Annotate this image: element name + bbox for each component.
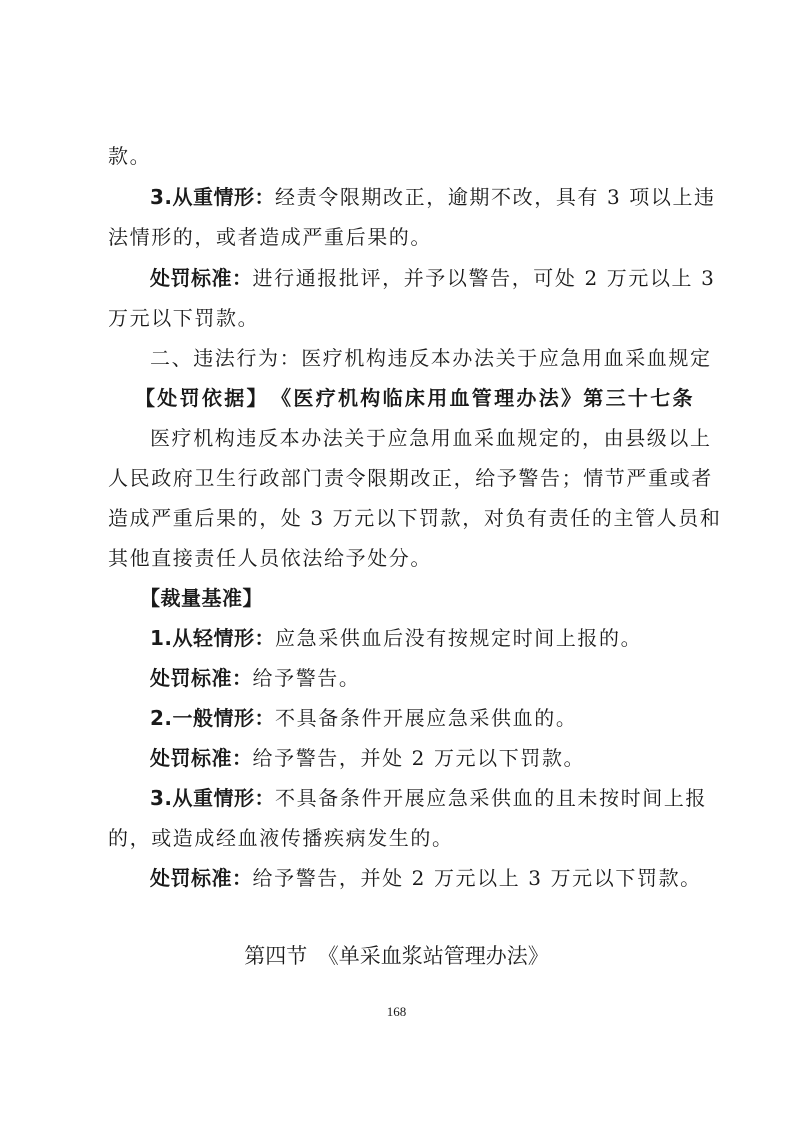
item-label: 处罚标准： [150, 746, 253, 770]
paragraph-line: 1.从轻情形：应急采供血后没有按规定时间上报的。 [150, 625, 693, 651]
item-label: 处罚标准： [150, 866, 253, 890]
paragraph-line: 二、违法行为：医疗机构违反本办法关于应急用血采血规定 [150, 345, 693, 371]
item-label: 3.从重情形： [150, 185, 275, 209]
paragraph-line: 处罚标准：给予警告，并处 2 万元以上 3 万元以下罚款。 [150, 865, 693, 891]
line-text: 法情形的，或者造成严重后果的。 [108, 225, 432, 249]
paragraph-line: 处罚标准：给予警告，并处 2 万元以下罚款。 [150, 745, 693, 771]
line-text: 医疗机构违反本办法关于应急用血采血规定的，由县级以上 [150, 426, 712, 450]
section-basis-line: 【处罚依据】 《医疗机构临床用血管理办法》第三十七条 [135, 385, 693, 411]
paragraph-line: 3.从重情形：不具备条件开展应急采供血的且未按时间上报 [150, 785, 693, 811]
line-text: 经责令限期改正，逾期不改，具有 3 项以上违 [275, 185, 716, 209]
paragraph-line: 造成严重后果的，处 3 万元以下罚款，对负有责任的主管人员和 [108, 505, 693, 531]
line-text: 的，或造成经血液传播疾病发生的。 [108, 826, 454, 850]
paragraph-line: 人民政府卫生行政部门责令限期改正，给予警告；情节严重或者 [108, 465, 693, 491]
paragraph-line: 法情形的，或者造成严重后果的。 [108, 224, 693, 250]
line-text: 款。 [108, 144, 151, 168]
line-text: 二、违法行为：医疗机构违反本办法关于应急用血采血规定 [150, 346, 712, 370]
line-text: 给予警告，并处 2 万元以上 3 万元以下罚款。 [253, 866, 702, 890]
item-label: 处罚标准： [150, 266, 253, 290]
paragraph-line: 其他直接责任人员依法给予处分。 [108, 545, 693, 571]
basis-label: 【处罚依据】 《医疗机构临床用血管理办法》第三十七条 [135, 386, 693, 410]
heading-label: 【裁量基准】 [140, 586, 263, 610]
line-text: 给予警告。 [253, 666, 361, 690]
line-text: 其他直接责任人员依法给予处分。 [108, 546, 432, 570]
paragraph-line: 处罚标准：进行通报批评，并予以警告，可处 2 万元以上 3 [150, 265, 693, 291]
paragraph-line: 处罚标准：给予警告。 [150, 665, 693, 691]
line-text: 人民政府卫生行政部门责令限期改正，给予警告；情节严重或者 [108, 466, 713, 490]
item-label: 1.从轻情形： [150, 626, 275, 650]
line-text: 造成严重后果的，处 3 万元以下罚款，对负有责任的主管人员和 [108, 506, 721, 530]
section-heading: 第四节 《单采血浆站管理办法》 [0, 940, 793, 970]
page-number: 168 [0, 1004, 793, 1020]
line-text: 万元以下罚款。 [108, 306, 259, 330]
line-text: 不具备条件开展应急采供血的。 [275, 706, 577, 730]
line-text: 不具备条件开展应急采供血的且未按时间上报 [275, 786, 707, 810]
paragraph-line: 医疗机构违反本办法关于应急用血采血规定的，由县级以上 [150, 425, 693, 451]
paragraph-line: 2.一般情形：不具备条件开展应急采供血的。 [150, 705, 693, 731]
item-label: 2.一般情形： [150, 706, 275, 730]
item-label: 3.从重情形： [150, 786, 275, 810]
item-label: 处罚标准： [150, 666, 253, 690]
paragraph-line: 款。 [108, 143, 693, 169]
paragraph-line: 万元以下罚款。 [108, 305, 693, 331]
discretion-heading: 【裁量基准】 [140, 585, 683, 611]
line-text: 给予警告，并处 2 万元以下罚款。 [253, 746, 586, 770]
paragraph-line: 3.从重情形：经责令限期改正，逾期不改，具有 3 项以上违 [150, 184, 693, 210]
line-text: 应急采供血后没有按规定时间上报的。 [275, 626, 642, 650]
paragraph-line: 的，或造成经血液传播疾病发生的。 [108, 825, 693, 851]
line-text: 进行通报批评，并予以警告，可处 2 万元以上 3 [253, 266, 716, 290]
